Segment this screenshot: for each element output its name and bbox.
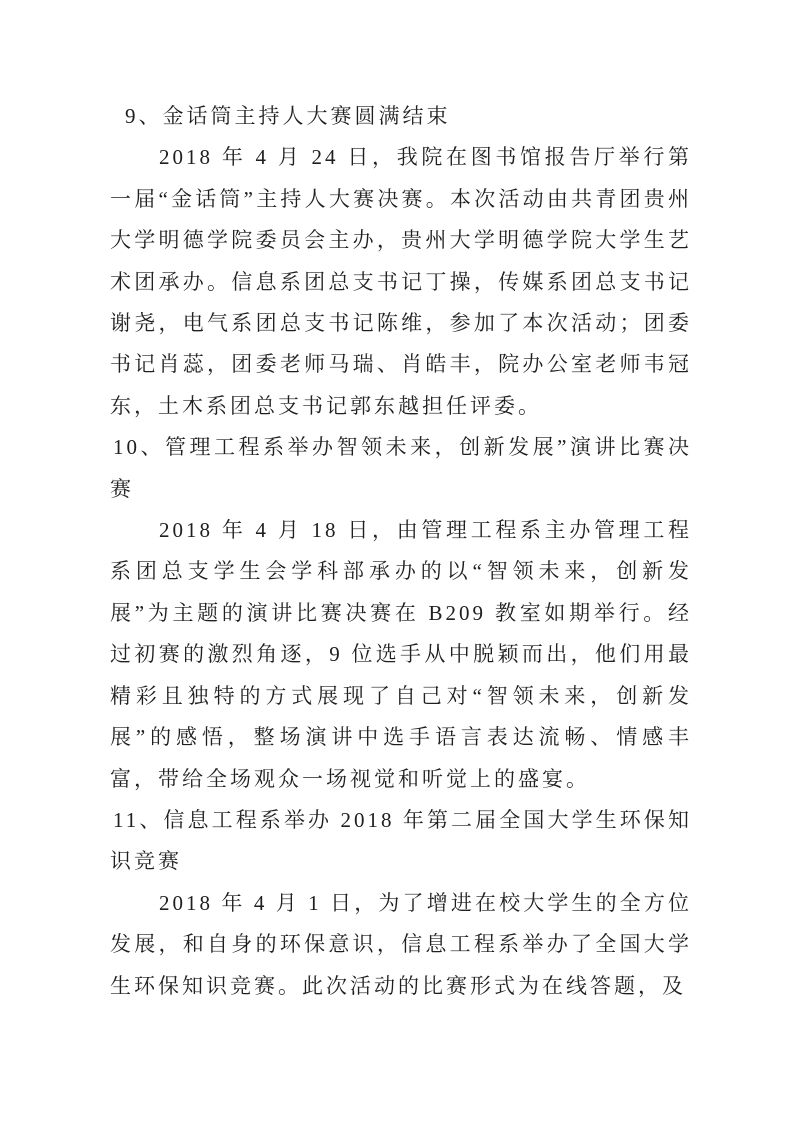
section-10: 10、管理工程系举办智领未来，创新发展”演讲比赛决赛 2018 年 4 月 18…: [110, 427, 692, 800]
section-9: 9、金话筒主持人大赛圆满结束 2018 年 4 月 24 日，我院在图书馆报告厅…: [110, 96, 692, 427]
section-11-heading: 11、信息工程系举办 2018 年第二届全国大学生环保知识竞赛: [110, 800, 692, 883]
section-9-body: 2018 年 4 月 24 日，我院在图书馆报告厅举行第一届“金话筒”主持人大赛…: [110, 137, 692, 427]
document-page: 9、金话筒主持人大赛圆满结束 2018 年 4 月 24 日，我院在图书馆报告厅…: [0, 0, 793, 1122]
section-11: 11、信息工程系举办 2018 年第二届全国大学生环保知识竞赛 2018 年 4…: [110, 800, 692, 1007]
section-10-body: 2018 年 4 月 18 日，由管理工程系主办管理工程系团总支学生会学科部承办…: [110, 510, 692, 800]
section-10-heading: 10、管理工程系举办智领未来，创新发展”演讲比赛决赛: [110, 427, 692, 510]
section-11-body: 2018 年 4 月 1 日，为了增进在校大学生的全方位发展，和自身的环保意识，…: [110, 883, 692, 1007]
section-9-heading: 9、金话筒主持人大赛圆满结束: [110, 96, 692, 137]
